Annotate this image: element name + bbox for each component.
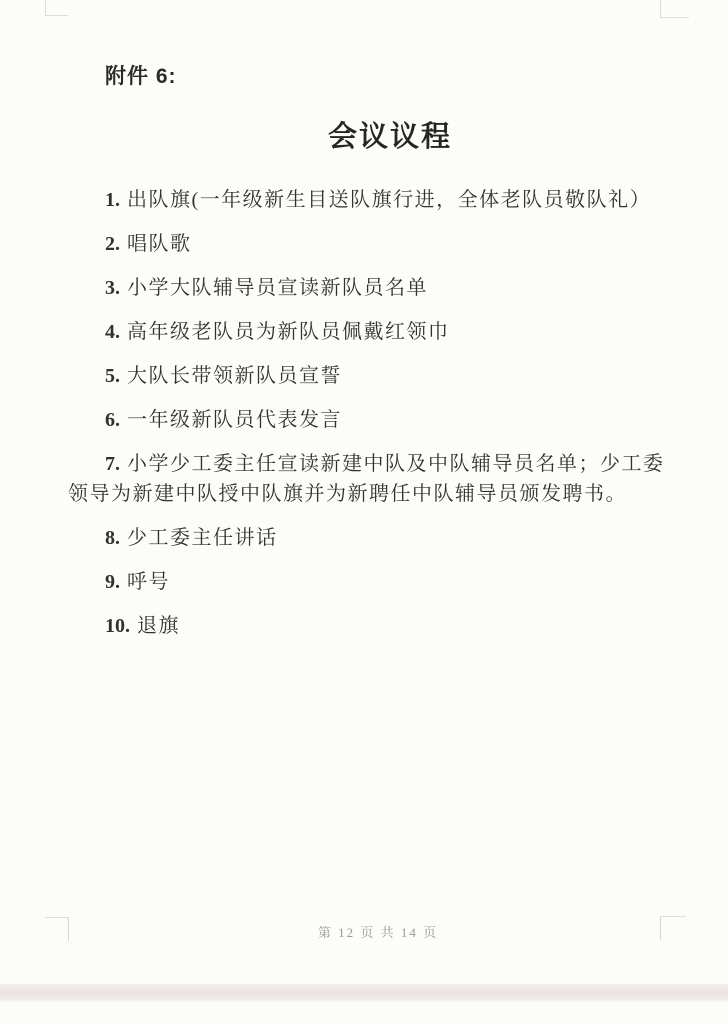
agenda-item: 4.高年级老队员为新队员佩戴红领巾 [68,317,682,347]
agenda-item: 10.退旗 [68,611,682,641]
agenda-item-text: 退旗 [137,615,180,637]
document-page: 附件 6: 会议议程 1.出队旗(一年级新生目送队旗行进，全体老队员敬队礼）2.… [0,0,728,1024]
agenda-item-number: 10. [105,615,130,637]
agenda-item-number: 3. [105,277,120,299]
agenda-item: 9.呼号 [68,567,682,597]
agenda-list: 1.出队旗(一年级新生目送队旗行进，全体老队员敬队礼）2.唱队歌3.小学大队辅导… [0,185,728,641]
agenda-item-text: 高年级老队员为新队员佩戴红领巾 [127,321,450,343]
agenda-item-number: 2. [105,233,120,255]
agenda-item-text: 小学大队辅导员宣读新队员名单 [127,277,428,299]
page-number: 第 12 页 共 14 页 [14,922,728,941]
agenda-item: 8.少工委主任讲话 [68,523,682,553]
agenda-item-number: 8. [105,527,120,549]
agenda-item-number: 5. [105,365,120,387]
agenda-item-text: 大队长带领新队员宣誓 [127,365,342,387]
agenda-item: 1.出队旗(一年级新生目送队旗行进，全体老队员敬队礼） [68,185,682,215]
agenda-item-text: 少工委主任讲话 [127,527,278,549]
agenda-item-text: 唱队歌 [127,233,192,255]
agenda-item-text: 呼号 [127,571,170,593]
agenda-item-text: 一年级新队员代表发言 [127,409,342,431]
agenda-item: 5.大队长带领新队员宣誓 [68,361,682,391]
agenda-item-text: 小学少工委主任宣读新建中队及中队辅导员名单；少工委领导为新建中队授中队旗并为新聘… [68,453,665,505]
agenda-item: 2.唱队歌 [68,229,682,259]
agenda-item-text: 出队旗(一年级新生目送队旗行进，全体老队员敬队礼） [127,189,651,211]
page-title: 会议议程 [26,114,728,155]
agenda-item: 3.小学大队辅导员宣读新队员名单 [68,273,682,303]
agenda-item-number: 4. [105,321,120,343]
agenda-item-number: 6. [105,409,120,431]
agenda-item: 7.小学少工委主任宣读新建中队及中队辅导员名单；少工委领导为新建中队授中队旗并为… [68,449,682,509]
agenda-item-number: 1. [105,189,120,211]
page-edge-shadow [0,984,728,1002]
agenda-item: 6.一年级新队员代表发言 [68,405,682,435]
corner-mark-top-left [45,0,68,16]
agenda-item-number: 7. [105,453,120,475]
attachment-label: 附件 6: [105,0,728,90]
agenda-item-number: 9. [105,571,120,593]
corner-mark-top-right [660,0,689,18]
